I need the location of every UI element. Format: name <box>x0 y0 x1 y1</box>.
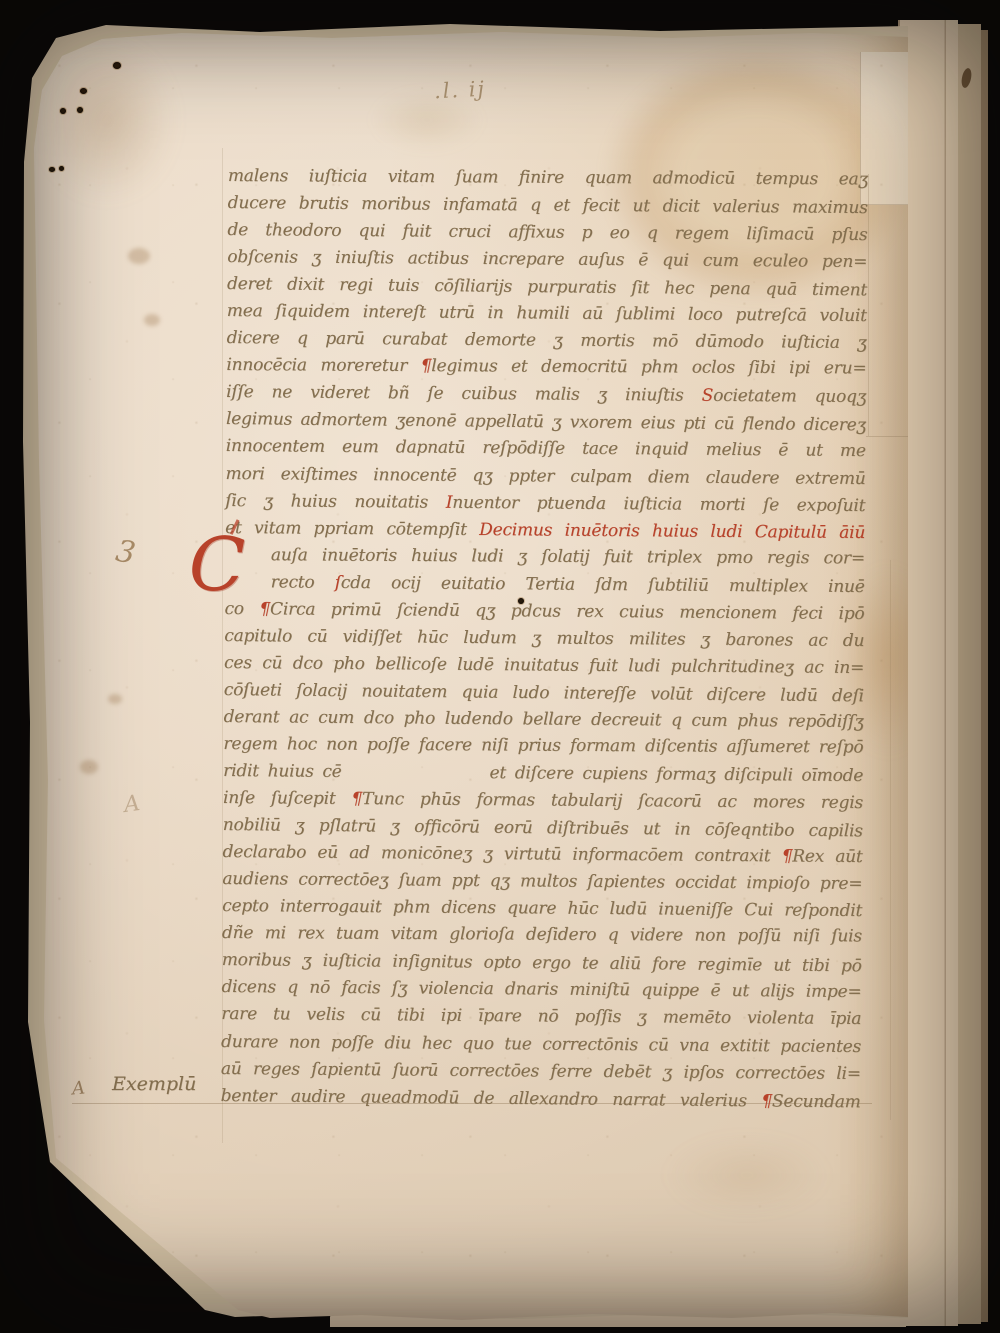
body-text: deret dixit regi tuis cōſiliarijs purpur… <box>227 274 867 300</box>
body-text: nobiliū ʒ pſlatrū ʒ officōrū eorū diſtri… <box>223 815 863 841</box>
text-line: regem hoc non poſſe facere niſi prius fo… <box>223 731 863 762</box>
body-text: rare tu velis cū tibi ipi īpare nō poſſi… <box>221 1004 861 1029</box>
body-text: ocietatem quoqʒ <box>713 386 866 407</box>
body-text: durare non poſſe diu hec quo tue correct… <box>221 1031 861 1056</box>
body-text: declarabo eū ad monicōneʒ ʒ virtutū info… <box>223 842 782 866</box>
body-text: mea ſiquidem intereſt utrū in humili aū … <box>227 301 867 326</box>
wormhole <box>80 88 87 94</box>
body-text: dñe mi rex tuam vitam glorioſa deſidero … <box>222 923 862 946</box>
text-line: benter audire queadmodū de allexandro na… <box>221 1083 861 1116</box>
underpage-crease <box>868 174 869 436</box>
text-line: malens iuſticia vitam ſuam finire quam a… <box>228 163 868 194</box>
body-text: et vitam ppriam cōtempſit <box>225 518 479 540</box>
body-text: audiens correctōeʒ ſuam ppt qʒ multos ſa… <box>222 869 862 894</box>
body-text: ſic ʒ huius nouitatis <box>225 491 446 513</box>
body-text: moribus ʒ iuſticia inſignitus opto ergo … <box>222 950 862 976</box>
body-text: malens iuſticia vitam ſuam finire quam a… <box>228 166 868 189</box>
body-text: mori exiſtimes innocentē qʒ ppter culpam… <box>225 464 865 489</box>
body-text: innocēcia moreretur <box>226 355 420 376</box>
stain-speck <box>80 760 98 774</box>
rubric-text: ¶ <box>351 789 362 809</box>
stain-speck <box>108 694 122 704</box>
body-text: legimus admortem ʒenonē appellatū ʒ vxor… <box>226 409 866 435</box>
body-text: ces cū dco pho bellicoſe ludē inuitatus … <box>224 653 864 678</box>
text-line: dñe mi rex tuam vitam glorioſa deſidero … <box>222 920 862 951</box>
body-text: benter audire queadmodū de allexandro na… <box>221 1086 762 1111</box>
body-text: Tunc phūs formas tabularij ſcacorū ac mo… <box>362 789 863 813</box>
underpage-crease <box>890 560 891 1120</box>
body-text: cda ocij euitatio Tertia ſdm ſubtiliū mu… <box>341 573 865 597</box>
body-text: Secundam <box>772 1091 861 1112</box>
rubric-text: Decimus inuētoris huius ludi Capitulū āi… <box>479 520 865 543</box>
body-text: aū reges ſapientū ſuorū correctōes ferre… <box>221 1059 861 1084</box>
body-text: nuentor ptuenda iuſticia morti ſe expoſu… <box>452 492 865 515</box>
body-text: Circa primū ſciendū qʒ pdcus rex cuius m… <box>270 599 865 624</box>
text-line: innocēcia moreretur ¶legimus et democrit… <box>226 352 866 383</box>
exemplum-nota-mark: A <box>71 1077 86 1099</box>
body-text: obſcenis ʒ iniuſtis actibus increpare au… <box>227 247 867 272</box>
rubric-text: ¶ <box>761 1091 772 1111</box>
body-text: de theodoro qui fuit cruci affixus p eo … <box>227 220 867 245</box>
body-text: auſa inuētoris huius ludi ʒ ſolatij fuit… <box>271 545 865 568</box>
nota-mark: A <box>122 791 141 818</box>
rubric-text: ¶ <box>259 599 270 619</box>
wormhole <box>49 167 55 172</box>
body-text: capitulo cū vidiſſet hūc ludum ʒ multos … <box>224 626 864 651</box>
underpage-crease <box>866 436 908 437</box>
stain <box>652 1130 842 1220</box>
wormhole <box>518 598 524 604</box>
wormhole <box>108 1225 115 1232</box>
text-line: aū reges ſapientū ſuorū correctōes ferre… <box>221 1056 861 1088</box>
body-text: inſe ſuſcepit <box>223 788 352 809</box>
wormhole <box>113 62 121 69</box>
body-text: Rex aūt <box>792 847 862 868</box>
manuscript-leaf: .l. ij 3 A A Exemplū C malens iuſticia v… <box>32 30 908 1324</box>
body-text: ducere brutis moribus infamatā q et feci… <box>228 193 868 218</box>
body-text: recto <box>271 572 335 593</box>
folio-mark: .l. ij <box>433 77 486 104</box>
manuscript-photo: .l. ij 3 A A Exemplū C malens iuſticia v… <box>0 0 1000 1333</box>
rubric-text: S <box>702 386 714 406</box>
line-gap <box>342 777 490 778</box>
exemplum-margin-note: Exemplū <box>112 1073 196 1095</box>
body-text: dicere q parū curabat demorte ʒ mortis m… <box>227 328 867 353</box>
initial-letter-c: C <box>189 536 246 594</box>
text-line: auſa inuētoris huius ludi ʒ ſolatij fuit… <box>225 542 865 573</box>
wormhole <box>60 108 66 114</box>
body-text: derant ac cum dco pho ludendo bellare de… <box>224 707 864 732</box>
wormhole <box>59 166 64 171</box>
body-text: innocentem eum dapnatū reſpōdiſſe tace i… <box>226 436 866 461</box>
stain <box>22 20 192 220</box>
body-text: dicens q nō facis ſʒ violencia dnaris mi… <box>221 977 861 1002</box>
stain-speck <box>128 248 150 264</box>
rubric-text: ¶ <box>782 847 793 867</box>
text-block: C malens iuſticia vitam ſuam finire quam… <box>221 163 868 1115</box>
body-text: regem hoc non poſſe facere niſi prius fo… <box>223 734 863 757</box>
body-text: ridit huius cē <box>223 761 341 782</box>
rubric-text: ¶ <box>421 356 432 376</box>
body-text: iſſe ne videret bñ ſe cuibus malis ʒ ini… <box>226 382 702 406</box>
body-text: legimus et democritū phm oclos ſibi ipi … <box>431 356 866 378</box>
stain-speck <box>144 314 160 326</box>
quire-mark: 3 <box>113 534 138 572</box>
wormhole <box>77 107 83 113</box>
body-text: cōſueti ſolacij nouitatem quia ludo inte… <box>224 680 864 706</box>
body-text: et diſcere cupiens formaʒ diſcipuli oīmo… <box>489 763 863 786</box>
body-text: cepto interrogauit phm dicens quare hūc … <box>222 896 862 921</box>
